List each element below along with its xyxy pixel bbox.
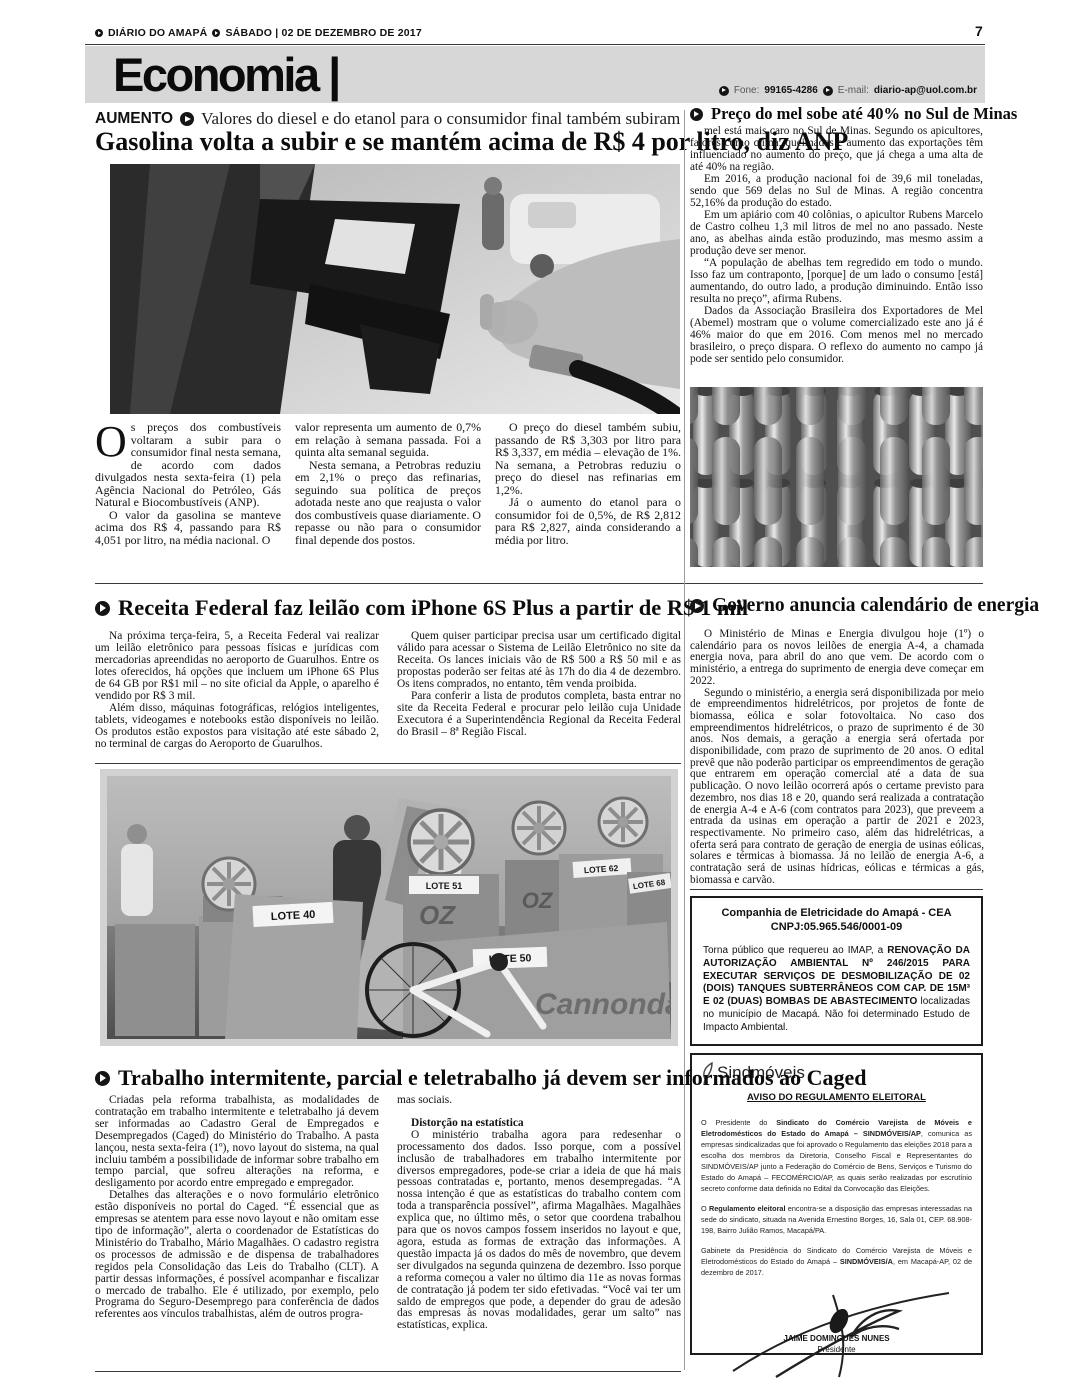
arrow-bullet-icon	[690, 599, 704, 613]
sindmoveis-notice-box: Sindmóveis AVISO DO REGULAMENTO ELEITORA…	[690, 1053, 983, 1355]
mel-headline-row: Preço do mel sobe até 40% no Sul de Mina…	[690, 104, 983, 124]
alloy-wheel	[599, 798, 647, 846]
auction-photo: LOTE 51 OZ OZ LOTE 62 LOTE 68 LOTE 40 LO…	[107, 776, 671, 1039]
masthead: DIÁRIO DO AMAPÁ SÁBADO | 02 DE DEZEMBRO …	[95, 23, 983, 39]
arrow-bullet-icon	[95, 1071, 110, 1086]
email-icon	[823, 86, 833, 96]
leilao-col2: Quem quiser participar precisa usar um c…	[397, 630, 681, 762]
page-number: 7	[975, 23, 983, 39]
gas-pump-photo	[110, 164, 680, 414]
lote-label: LOTE 51	[426, 881, 463, 891]
leilao-headline: Receita Federal faz leilão com iPhone 6S…	[118, 595, 748, 621]
background-person	[482, 177, 504, 250]
cea-title: Companhia de Eletricidade do Amapá - CEA	[703, 907, 970, 921]
sind-paragraph: O Regulamento eleitoral encontra-se a di…	[701, 1203, 972, 1236]
gasolina-col2: valor representa um aumento de 0,7% em r…	[295, 421, 481, 573]
energia-article: O Ministério de Minas e Energia divulgou…	[690, 629, 984, 888]
photo-divider	[95, 763, 681, 764]
sind-paragraph: Gabinete da Presidência do Sindicato do …	[701, 1245, 972, 1278]
oz-brand: OZ	[522, 888, 554, 913]
caged-headline-row: Trabalho intermitente, parcial e teletra…	[95, 1065, 681, 1091]
bike-brand: Cannondale	[535, 988, 671, 1021]
masthead-left: DIÁRIO DO AMAPÁ SÁBADO | 02 DE DEZEMBRO …	[95, 27, 422, 39]
drop-cap: O	[95, 421, 131, 459]
sind-paragraph: O Presidente do Sindicato do Comércio Va…	[701, 1117, 972, 1194]
auction-photo-frame: LOTE 51 OZ OZ LOTE 62 LOTE 68 LOTE 40 LO…	[100, 769, 678, 1046]
lote-label: LOTE 40	[271, 909, 316, 923]
arrow-bullet-icon	[690, 108, 703, 121]
phone-icon	[719, 86, 729, 96]
honey-sachets-photo	[690, 387, 983, 567]
signature-block: JAIME DOMINGUES NUNES Presidente	[701, 1287, 972, 1379]
bottom-rule	[95, 1371, 681, 1372]
newspaper-page: DIÁRIO DO AMAPÁ SÁBADO | 02 DE DEZEMBRO …	[0, 0, 1069, 1383]
arrow-bullet-icon	[95, 601, 110, 616]
column-divider	[684, 110, 685, 1370]
bullet-icon	[95, 29, 103, 37]
signature-icon	[721, 1287, 961, 1379]
email-address: diario-ap@uol.com.br	[874, 85, 977, 96]
energia-headline: Governo anuncia calendário de energia	[712, 595, 1039, 617]
phone-label: Fone:	[734, 85, 760, 96]
bullet-icon	[212, 29, 220, 37]
edition-date: SÁBADO | 02 DE DEZEMBRO DE 2017	[225, 27, 421, 39]
leilao-headline-row: Receita Federal faz leilão com iPhone 6S…	[95, 595, 681, 621]
mel-headline: Preço do mel sobe até 40% no Sul de Mina…	[711, 104, 1017, 124]
kicker-label: AUMENTO	[95, 110, 173, 128]
gasolina-article: Os preços dos combustíveis voltaram a su…	[95, 421, 681, 573]
cea-body: Torna público que requereu ao IMAP, a RE…	[703, 945, 970, 1035]
oz-brand: OZ	[419, 900, 456, 930]
cea-cnpj: CNPJ:05.965.546/0001-09	[703, 921, 970, 935]
contact-line: Fone: 99165-4286 E-mail: diario-ap@uol.c…	[719, 85, 977, 96]
mel-article: mel está mais caro no Sul de Minas. Segu…	[690, 125, 983, 385]
masthead-rule	[85, 44, 985, 45]
paper-name: DIÁRIO DO AMAPÁ	[108, 27, 207, 39]
arrow-bullet-icon	[180, 112, 194, 126]
caged-col2: mas sociais. Distorção na estatística O …	[397, 1095, 681, 1369]
cea-notice-box: Companhia de Eletricidade do Amapá - CEA…	[690, 896, 983, 1046]
notice-divider	[690, 889, 983, 890]
gasolina-headline-row: Gasolina volta a subir e se mantém acima…	[95, 127, 681, 157]
section-banner: Economia | Fone: 99165-4286 E-mail: diar…	[85, 46, 985, 103]
leilao-col1: Na próxima terça-feira, 5, a Receita Fed…	[95, 630, 379, 762]
energia-headline-row: Governo anuncia calendário de energia	[690, 595, 983, 617]
section-divider	[95, 583, 983, 584]
caged-headline: Trabalho intermitente, parcial e teletra…	[118, 1065, 867, 1091]
alloy-wheel	[513, 802, 565, 854]
caged-col1: Criadas pela reforma trabalhista, as mod…	[95, 1095, 379, 1369]
signer-role: Presidente	[701, 1345, 972, 1354]
aviso-title: AVISO DO REGULAMENTO ELEITORAL	[701, 1092, 972, 1103]
email-label: E-mail:	[838, 85, 869, 96]
gasolina-col1: Os preços dos combustíveis voltaram a su…	[95, 421, 281, 573]
phone-number: 99165-4286	[764, 85, 817, 96]
signer-name: JAIME DOMINGUES NUNES	[701, 1334, 972, 1343]
section-title: Economia |	[113, 47, 339, 102]
leilao-article: Na próxima terça-feira, 5, a Receita Fed…	[95, 630, 681, 762]
caged-article: Criadas pela reforma trabalhista, as mod…	[95, 1095, 681, 1369]
deck-text: Valores do diesel e do etanol para o con…	[201, 109, 680, 129]
gasolina-col3: O preço do diesel também subiu, passando…	[495, 421, 681, 573]
alloy-wheel	[409, 810, 473, 874]
